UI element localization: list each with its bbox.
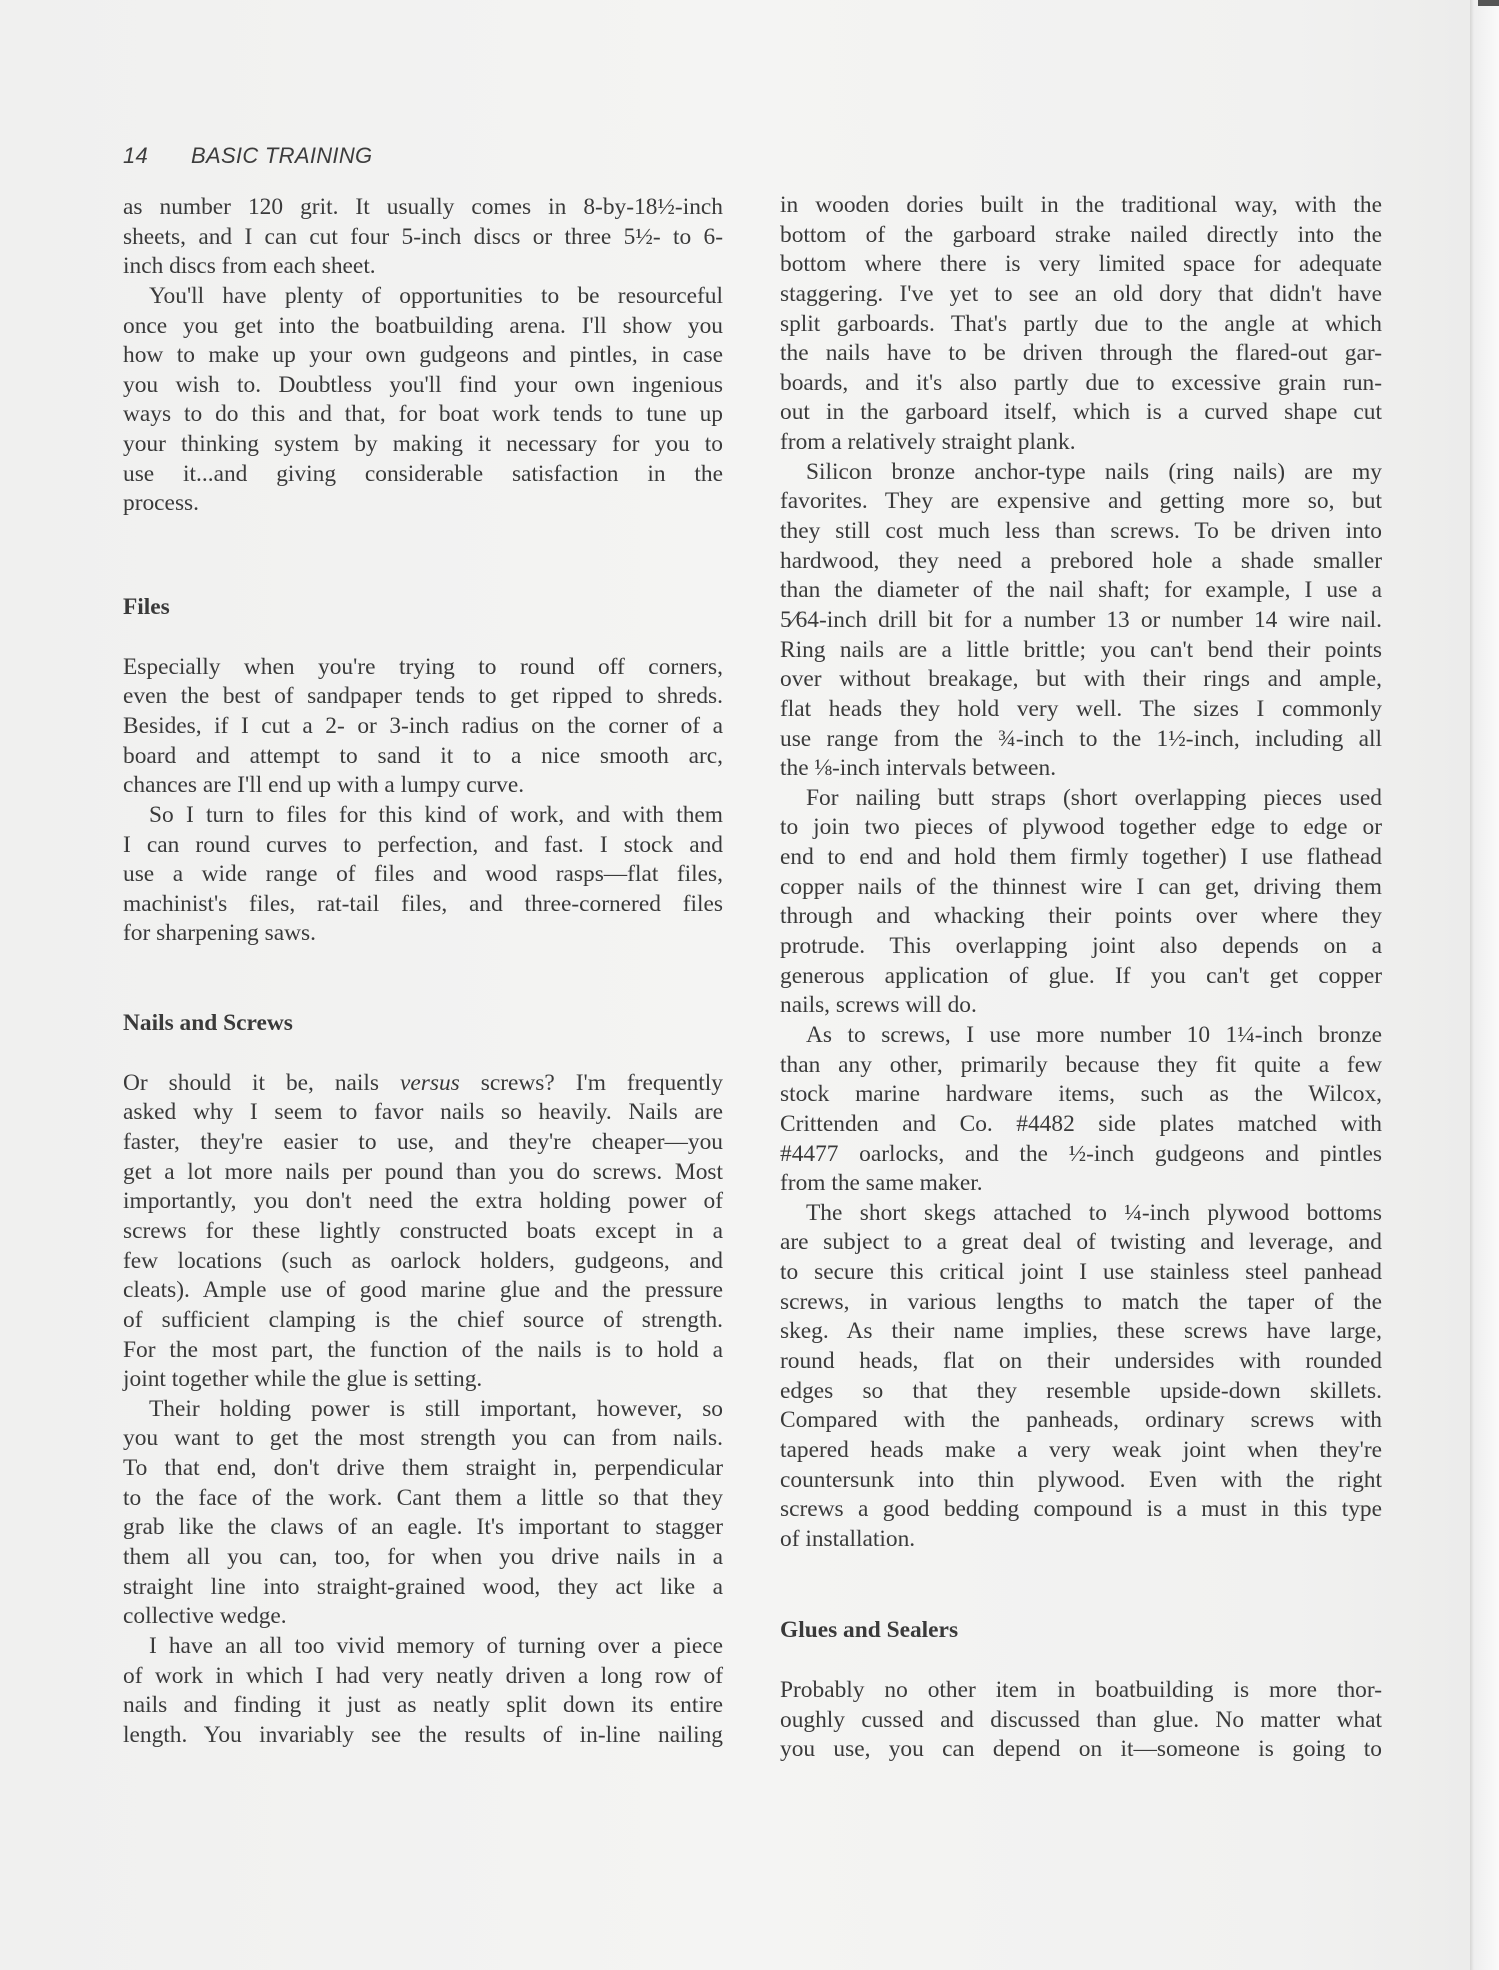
text-line: grab like the claws of an eagle. It's im… bbox=[123, 1513, 723, 1543]
text-line: ways to do this and that, for boat work … bbox=[123, 400, 723, 430]
text-line: use it...and giving considerable satisfa… bbox=[123, 460, 723, 490]
text-line: stock marine hardware items, such as the… bbox=[780, 1080, 1382, 1110]
text-line: hardwood, they need a prebored hole a sh… bbox=[780, 547, 1382, 577]
text-line: use range from the ¾-inch to the 1½-inch… bbox=[780, 725, 1382, 755]
text-line: copper nails of the thinnest wire I can … bbox=[780, 873, 1382, 903]
text-line: cleats). Ample use of good marine glue a… bbox=[123, 1276, 723, 1306]
text-line: how to make up your own gudgeons and pin… bbox=[123, 341, 723, 371]
text-line: board and attempt to sand it to a nice s… bbox=[123, 742, 723, 772]
chapter-title: BASIC TRAINING bbox=[191, 143, 372, 168]
paragraph-files-2: So I turn to files for this kind of work… bbox=[123, 801, 723, 949]
paragraph-skegs: The short skegs attached to ¼-inch plywo… bbox=[780, 1199, 1382, 1555]
text-line: than any other, primarily because they f… bbox=[780, 1051, 1382, 1081]
text-line: Crittenden and Co. #4482 side plates mat… bbox=[780, 1110, 1382, 1140]
text-line: I have an all too vivid memory of turnin… bbox=[123, 1632, 723, 1662]
text-line: boards, and it's also partly due to exce… bbox=[780, 369, 1382, 399]
text-run: screws? I'm frequently bbox=[460, 1070, 723, 1096]
text-line: asked why I seem to favor nails so heavi… bbox=[123, 1098, 723, 1128]
right-column: in wooden dories built in the traditiona… bbox=[780, 191, 1382, 1765]
page-number: 14 bbox=[123, 143, 191, 169]
text-line: them all you can, too, for when you driv… bbox=[123, 1543, 723, 1573]
text-line: You'll have plenty of opportunities to b… bbox=[123, 282, 723, 312]
text-line: faster, they're easier to use, and they'… bbox=[123, 1128, 723, 1158]
text-line: To that end, don't drive them straight i… bbox=[123, 1454, 723, 1484]
text-line: For nailing butt straps (short overlappi… bbox=[780, 784, 1382, 814]
text-line: from the same maker. bbox=[780, 1169, 1382, 1199]
text-line: staggering. I've yet to see an old dory … bbox=[780, 280, 1382, 310]
text-line: I can round curves to perfection, and fa… bbox=[123, 831, 723, 861]
left-column: as number 120 grit. It usually comes in … bbox=[123, 193, 723, 1751]
text-line: you use, you can depend on it—someone is… bbox=[780, 1735, 1382, 1765]
paragraph-screws: As to screws, I use more number 10 1¼-in… bbox=[780, 1021, 1382, 1199]
text-line: 5⁄64-inch drill bit for a number 13 or n… bbox=[780, 606, 1382, 636]
text-line: of sufficient clamping is the chief sour… bbox=[123, 1306, 723, 1336]
text-line: nails and finding it just as neatly spli… bbox=[123, 1691, 723, 1721]
text-line: your thinking system by making it necess… bbox=[123, 430, 723, 460]
text-line: process. bbox=[123, 489, 723, 519]
text-line: use a wide range of files and wood rasps… bbox=[123, 860, 723, 890]
text-line: generous application of glue. If you can… bbox=[780, 962, 1382, 992]
text-line: length. You invariably see the results o… bbox=[123, 1721, 723, 1751]
text-line: skeg. As their name implies, these screw… bbox=[780, 1317, 1382, 1347]
text-line: Or should it be, nails versus screws? I'… bbox=[123, 1069, 723, 1099]
text-line: to join two pieces of plywood together e… bbox=[780, 813, 1382, 843]
text-line: chances are I'll end up with a lumpy cur… bbox=[123, 771, 723, 801]
section-gap bbox=[123, 949, 723, 1009]
text-line: bottom of the garboard strake nailed dir… bbox=[780, 221, 1382, 251]
section-gap bbox=[123, 519, 723, 593]
text-line: you wish to. Doubtless you'll find your … bbox=[123, 371, 723, 401]
text-line: over without breakage, but with their ri… bbox=[780, 665, 1382, 695]
section-gap bbox=[780, 1554, 1382, 1616]
text-line: once you get into the boatbuilding arena… bbox=[123, 312, 723, 342]
text-line: are subject to a great deal of twisting … bbox=[780, 1228, 1382, 1258]
text-line: As to screws, I use more number 10 1¼-in… bbox=[780, 1021, 1382, 1051]
text-line: few locations (such as oarlock holders, … bbox=[123, 1247, 723, 1277]
running-head: 14BASIC TRAINING bbox=[123, 143, 372, 169]
text-line: you want to get the most strength you ca… bbox=[123, 1424, 723, 1454]
paragraph-nails-1: Or should it be, nails versus screws? I'… bbox=[123, 1069, 723, 1395]
text-line: Compared with the panheads, ordinary scr… bbox=[780, 1406, 1382, 1436]
text-line: Probably no other item in boatbuilding i… bbox=[780, 1676, 1382, 1706]
text-line: screws, in various lengths to match the … bbox=[780, 1288, 1382, 1318]
text-line: Ring nails are a little brittle; you can… bbox=[780, 636, 1382, 666]
text-line: the nails have to be driven through the … bbox=[780, 339, 1382, 369]
text-line: oughly cussed and discussed than glue. N… bbox=[780, 1706, 1382, 1736]
heading-gap bbox=[123, 1039, 723, 1069]
text-line: from a relatively straight plank. bbox=[780, 428, 1382, 458]
text-line: of installation. bbox=[780, 1525, 1382, 1555]
text-line: to secure this critical joint I use stai… bbox=[780, 1258, 1382, 1288]
text-line: joint together while the glue is setting… bbox=[123, 1365, 723, 1395]
section-heading-glues-and-sealers: Glues and Sealers bbox=[780, 1616, 1382, 1646]
paragraph-butt-straps: For nailing butt straps (short overlappi… bbox=[780, 784, 1382, 1021]
text-line: The short skegs attached to ¼-inch plywo… bbox=[780, 1199, 1382, 1229]
paragraph-dories: in wooden dories built in the traditiona… bbox=[780, 191, 1382, 458]
text-line: bottom where there is very limited space… bbox=[780, 250, 1382, 280]
text-line: to the face of the work. Cant them a lit… bbox=[123, 1484, 723, 1514]
text-line: the ⅛-inch intervals between. bbox=[780, 754, 1382, 784]
paragraph-nails-3: I have an all too vivid memory of turnin… bbox=[123, 1632, 723, 1751]
text-line: tapered heads make a very weak joint whe… bbox=[780, 1436, 1382, 1466]
paragraph-files-1: Especially when you're trying to round o… bbox=[123, 653, 723, 801]
text-line: for sharpening saws. bbox=[123, 919, 723, 949]
text-line: nails, screws will do. bbox=[780, 991, 1382, 1021]
text-line: split garboards. That's partly due to th… bbox=[780, 310, 1382, 340]
paragraph-intro-1: as number 120 grit. It usually comes in … bbox=[123, 193, 723, 282]
text-line: inch discs from each sheet. bbox=[123, 252, 723, 282]
text-line: protrude. This overlapping joint also de… bbox=[780, 932, 1382, 962]
text-line: So I turn to files for this kind of work… bbox=[123, 801, 723, 831]
text-line: Especially when you're trying to round o… bbox=[123, 653, 723, 683]
text-line: screws a good bedding compound is a must… bbox=[780, 1495, 1382, 1525]
text-line: Besides, if I cut a 2- or 3-inch radius … bbox=[123, 712, 723, 742]
text-line: machinist's files, rat-tail files, and t… bbox=[123, 890, 723, 920]
text-line: through and whacking their points over w… bbox=[780, 902, 1382, 932]
text-line: Their holding power is still important, … bbox=[123, 1395, 723, 1425]
text-line: in wooden dories built in the traditiona… bbox=[780, 191, 1382, 221]
section-heading-nails-and-screws: Nails and Screws bbox=[123, 1009, 723, 1039]
scan-corner-mark bbox=[1478, 0, 1499, 6]
text-line: end to end and hold them firmly together… bbox=[780, 843, 1382, 873]
section-heading-files: Files bbox=[123, 593, 723, 623]
heading-gap bbox=[780, 1646, 1382, 1676]
paragraph-nails-2: Their holding power is still important, … bbox=[123, 1395, 723, 1632]
text-line: they still cost much less than screws. T… bbox=[780, 517, 1382, 547]
text-line: than the diameter of the nail shaft; for… bbox=[780, 576, 1382, 606]
page-edge-shadow bbox=[1470, 0, 1499, 1970]
emphasis-versus: versus bbox=[400, 1070, 460, 1096]
text-line: Silicon bronze anchor-type nails (ring n… bbox=[780, 458, 1382, 488]
text-line: get a lot more nails per pound than you … bbox=[123, 1158, 723, 1188]
text-line: straight line into straight-grained wood… bbox=[123, 1573, 723, 1603]
text-line: edges so that they resemble upside-down … bbox=[780, 1377, 1382, 1407]
text-line: as number 120 grit. It usually comes in … bbox=[123, 193, 723, 223]
text-run: Or should it be, nails bbox=[123, 1070, 400, 1096]
text-line: round heads, flat on their undersides wi… bbox=[780, 1347, 1382, 1377]
text-line: screws for these lightly constructed boa… bbox=[123, 1217, 723, 1247]
paragraph-ring-nails: Silicon bronze anchor-type nails (ring n… bbox=[780, 458, 1382, 784]
heading-gap bbox=[123, 623, 723, 653]
text-line: even the best of sandpaper tends to get … bbox=[123, 682, 723, 712]
text-line: #4477 oarlocks, and the ½-inch gudgeons … bbox=[780, 1140, 1382, 1170]
paragraph-glues: Probably no other item in boatbuilding i… bbox=[780, 1676, 1382, 1765]
text-line: sheets, and I can cut four 5-inch discs … bbox=[123, 223, 723, 253]
text-line: flat heads they hold very well. The size… bbox=[780, 695, 1382, 725]
text-line: of work in which I had very neatly drive… bbox=[123, 1662, 723, 1692]
text-line: favorites. They are expensive and gettin… bbox=[780, 487, 1382, 517]
text-line: importantly, you don't need the extra ho… bbox=[123, 1187, 723, 1217]
text-line: countersunk into thin plywood. Even with… bbox=[780, 1466, 1382, 1496]
text-line: collective wedge. bbox=[123, 1602, 723, 1632]
paragraph-intro-2: You'll have plenty of opportunities to b… bbox=[123, 282, 723, 519]
text-line: For the most part, the function of the n… bbox=[123, 1336, 723, 1366]
text-line: out in the garboard itself, which is a c… bbox=[780, 398, 1382, 428]
